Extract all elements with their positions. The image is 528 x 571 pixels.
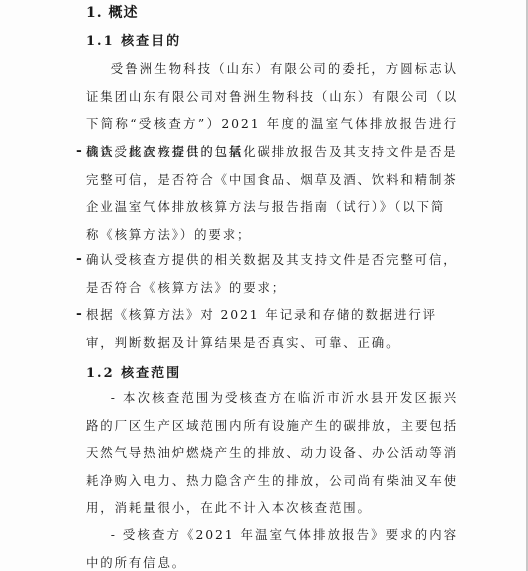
bullet-dash-icon: - xyxy=(76,246,82,274)
purpose-bullet-2: - 确认受核查方提供的相关数据及其支持文件是否完整可信，是否符合《核算方法》的要… xyxy=(86,246,458,301)
purpose-bullet-1: - 确认受核查方提供的二氧化碳排放报告及其支持文件是否是完整可信，是否符合《中国… xyxy=(86,138,458,248)
bullet-dash-icon: - xyxy=(76,138,82,166)
scope-paragraph-2: - 受核查方《2021 年温室气体排放报告》要求的内容中的所有信息。 xyxy=(86,521,458,571)
bullet-text: 根据《核算方法》对 2021 年记录和存储的数据进行评审，判断数据及计算结果是否… xyxy=(86,301,458,356)
bullet-text: 确认受核查方提供的相关数据及其支持文件是否完整可信，是否符合《核算方法》的要求； xyxy=(86,246,458,301)
section-heading-scope: 1.2 核查范围 xyxy=(86,362,181,381)
section-heading-purpose: 1.1 核查目的 xyxy=(86,30,181,49)
section-heading-overview: 1. 概述 xyxy=(86,2,139,22)
bullet-dash-icon: - xyxy=(76,301,82,329)
bullet-text: 确认受核查方提供的二氧化碳排放报告及其支持文件是否是完整可信，是否符合《中国食品… xyxy=(86,138,458,248)
scope-paragraph-1: - 本次核查范围为受核查方在临沂市沂水县开发区振兴路的厂区生产区域范围内所有设施… xyxy=(86,384,458,522)
purpose-bullet-3: - 根据《核算方法》对 2021 年记录和存储的数据进行评审，判断数据及计算结果… xyxy=(86,301,458,356)
